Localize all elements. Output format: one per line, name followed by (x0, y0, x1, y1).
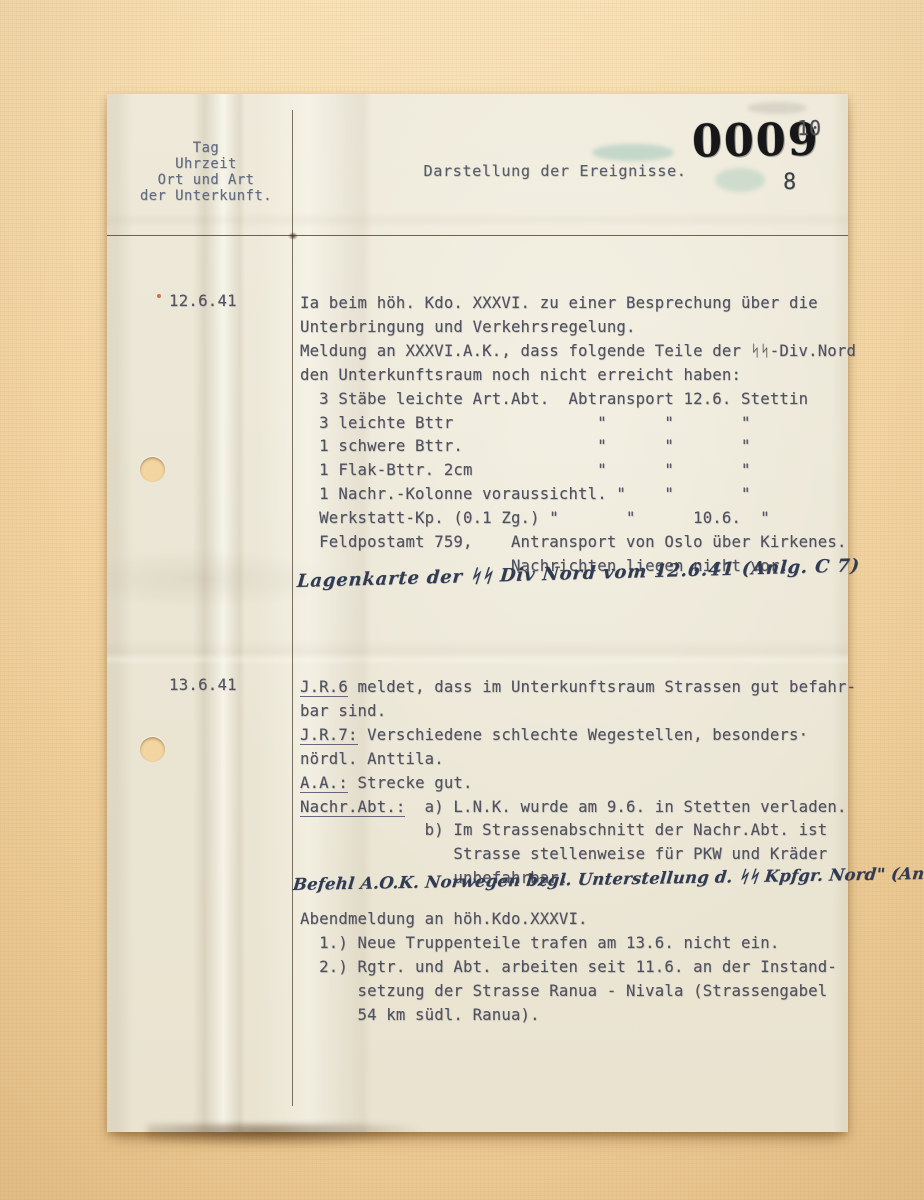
page-title: Darstellung der Ereignisse. (405, 162, 705, 180)
rule-intersection-blot (288, 232, 298, 240)
punch-hole-bottom (140, 737, 165, 762)
erased-pencil-smudge (715, 168, 765, 192)
typed-line: bar sind. (300, 700, 856, 724)
fold-crease-left (193, 94, 245, 1132)
diary-sheet: TagUhrzeitOrt und Artder Unterkunft. Dar… (107, 94, 848, 1132)
punch-hole-top (140, 457, 165, 482)
entry-text-13-6-41-part1: J.R.6 meldet, dass im Unterkunftsraum St… (300, 676, 856, 891)
typed-line: 3 leichte Bttr " " " (300, 412, 856, 436)
sheet-number: 10 (797, 116, 821, 140)
typed-line: Uhrzeit (121, 156, 291, 172)
typed-line: Tag (121, 140, 291, 156)
page-number: 8 (783, 170, 796, 195)
typed-line: 1.) Neue Truppenteile trafen am 13.6. ni… (300, 932, 837, 956)
typed-line: A.A.: Strecke gut. (300, 772, 856, 796)
typed-line: 2.) Rgtr. und Abt. arbeiten seit 11.6. a… (300, 956, 837, 980)
entry-text-13-6-41-part2: Abendmeldung an höh.Kdo.XXXVI. 1.) Neue … (300, 908, 837, 1028)
typed-line: Werkstatt-Kp. (0.1 Zg.) " " 10.6. " (300, 507, 856, 531)
column-divider-line (292, 110, 293, 1106)
faint-pencil-mark (747, 102, 807, 114)
typed-line: Nachr.Abt.: a) L.N.K. wurde am 9.6. in S… (300, 796, 856, 820)
horizontal-crease (107, 639, 848, 665)
entry-text-12-6-41: Ia beim höh. Kdo. XXXVI. zu einer Bespre… (300, 292, 856, 579)
typed-line: setzung der Strasse Ranua - Nivala (Stra… (300, 980, 837, 1004)
typed-line: 1 Nachr.-Kolonne voraussichtl. " " " (300, 483, 856, 507)
typed-line: Abendmeldung an höh.Kdo.XXXVI. (300, 908, 837, 932)
date-column-header: TagUhrzeitOrt und Artder Unterkunft. (121, 140, 291, 204)
entry-date: 13.6.41 (169, 676, 237, 694)
typed-line: J.R.6 meldet, dass im Unterkunftsraum St… (300, 676, 856, 700)
typed-line: 54 km südl. Ranua). (300, 1004, 837, 1028)
typed-line: 1 schwere Bttr. " " " (300, 435, 856, 459)
scanned-war-diary-page: { "colors": { "background_tan": "#f5d9a8… (0, 0, 924, 1200)
typed-line: Strasse stellenweise für PKW und Kräder (300, 843, 856, 867)
ink-speck (157, 294, 161, 298)
header-rule-line (107, 235, 848, 236)
typed-line: den Unterkunftsraum noch nicht erreicht … (300, 364, 856, 388)
erased-pencil-smudge (592, 144, 674, 161)
typed-line: 3 Stäbe leichte Art.Abt. Abtransport 12.… (300, 388, 856, 412)
typed-line: nördl. Anttila. (300, 748, 856, 772)
typed-line: Ia beim höh. Kdo. XXXVI. zu einer Bespre… (300, 292, 856, 316)
top-crease (107, 212, 848, 228)
typed-line: 1 Flak-Bttr. 2cm " " " (300, 459, 856, 483)
typed-line: Feldpostamt 759, Antransport von Oslo üb… (300, 531, 856, 555)
typed-line: J.R.7: Verschiedene schlechte Wegestelle… (300, 724, 856, 748)
typed-line: Unterbringung und Verkehrsregelung. (300, 316, 856, 340)
typed-line: Meldung an XXXVI.A.K., dass folgende Tei… (300, 340, 856, 364)
typed-line: der Unterkunft. (121, 188, 291, 204)
entry-date: 12.6.41 (169, 292, 237, 310)
typed-line: Ort und Art (121, 172, 291, 188)
typed-line: b) Im Strassenabschnitt der Nachr.Abt. i… (300, 819, 856, 843)
